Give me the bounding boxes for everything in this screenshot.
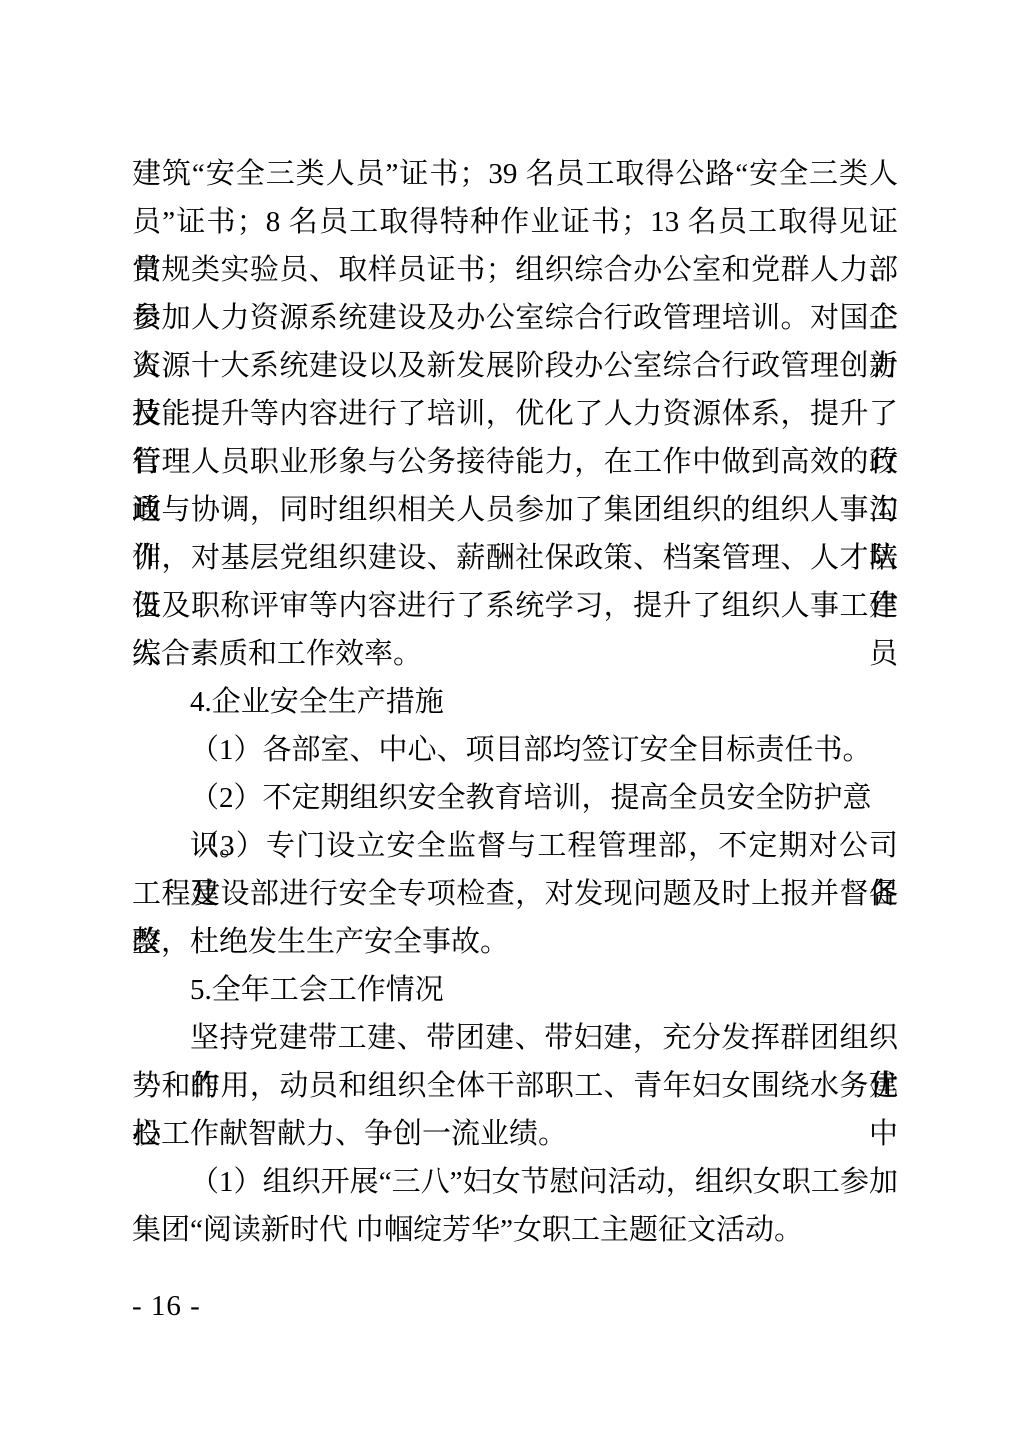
text-line: 工程建设部进行安全专项检查，对发现问题及时上报并督促整 [132,870,898,918]
text-line: 参加人力资源系统建设及办公室综合行政管理培训。对国企人力 [132,294,898,342]
page-number: - 16 - [132,1282,201,1330]
section-heading: 5.全年工会工作情况 [132,966,898,1014]
text-line: （2）不定期组织安全教育培训，提高全员安全防护意识。 [132,774,898,822]
text-line: （1）各部室、中心、项目部均签订安全目标责任书。 [132,726,898,774]
text-line: 通与协调，同时组织相关人员参加了集团组织的组织人事工作培 [132,486,898,534]
section-heading: 4.企业安全生产措施 [132,678,898,726]
document-body: 建筑“安全三类人员”证书；39 名员工取得公路“安全三类人 员”证书；8 名员工… [132,150,898,1254]
text-line: 常规类实验员、取样员证书；组织综合办公室和党群人力部员工 [132,246,898,294]
text-line: （1）组织开展“三八”妇女节慰问活动，组织女职工参加 [132,1158,898,1206]
text-line: 技能提升等内容进行了培训，优化了人力资源体系，提升了行政 [132,390,898,438]
text-line: 资源十大系统建设以及新发展阶段办公室综合行政管理创新及 [132,342,898,390]
text-line: 员”证书；8 名员工取得特种作业证书；13 名员工取得见证员、 [132,198,898,246]
text-line: 训，对基层党组织建设、薪酬社保政策、档案管理、人才队伍建 [132,534,898,582]
text-line: 建筑“安全三类人员”证书；39 名员工取得公路“安全三类人 [132,150,898,198]
text-line: 势和作用，动员和组织全体干部职工、青年妇女围绕水务建投中 [132,1062,898,1110]
text-line: 管理人员职业形象与公务接待能力，在工作中做到高效的行政沟 [132,438,898,486]
text-line: 设及职称评审等内容进行了系统学习，提升了组织人事工作人员 [132,582,898,630]
document-page: 建筑“安全三类人员”证书；39 名员工取得公路“安全三类人 员”证书；8 名员工… [0,0,1024,1448]
text-line: 改，杜绝发生生产安全事故。 [132,918,898,966]
text-line: （3）专门设立安全监督与工程管理部，不定期对公司及各 [132,822,898,870]
text-line: 集团“阅读新时代 巾帼绽芳华”女职工主题征文活动。 [132,1206,898,1254]
text-line: 坚持党建带工建、带团建、带妇建，充分发挥群团组织的优 [132,1014,898,1062]
